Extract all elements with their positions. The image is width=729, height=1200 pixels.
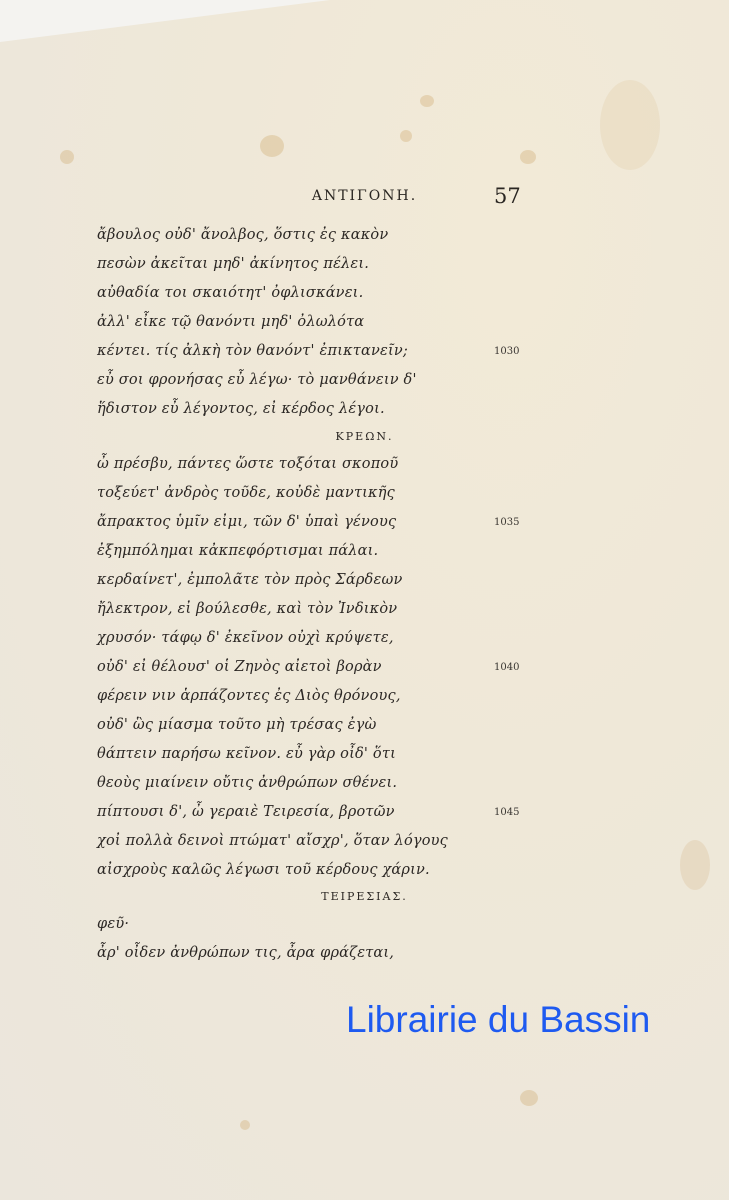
verse-line: θεοὺς μιαίνειν οὔτις ἀνθρώπων σθένει.	[97, 775, 397, 791]
verse-line: κέντει. τίς ἀλκὴ τὸν θανόντ' ἐπικτανεῖν;	[97, 343, 408, 359]
foxing-spot	[260, 135, 284, 157]
foxing-spot	[520, 150, 536, 164]
book-page: ΑΝΤΙΓΟΝΗ. 57 ἄβουλος οὐδ' ἄνολβος, ὅστις…	[0, 0, 729, 1200]
foxing-spot	[240, 1120, 250, 1130]
verse-line: ἀλλ' εἶκε τῷ θανόντι μηδ' ὀλωλότα	[97, 314, 364, 330]
verse-line: τοξεύετ' ἀνδρὸς τοῦδε, κοὐδὲ μαντικῆς	[97, 485, 395, 501]
verse-line: ἐξημπόλημαι κἀκπεφόρτισμαι πάλαι.	[97, 543, 378, 559]
verse-line: ἤλεκτρον, εἰ βούλεσθε, καὶ τὸν Ἰνδικὸν	[97, 601, 397, 617]
verse-line: ἄβουλος οὐδ' ἄνολβος, ὅστις ἐς κακὸν	[97, 227, 388, 243]
foxing-spot	[400, 130, 412, 142]
verse-line: εὖ σοι φρονήσας εὖ λέγω· τὸ μανθάνειν δ'	[97, 372, 417, 388]
verse-line: ἥδιστον εὖ λέγοντος, εἰ κέρδος λέγοι.	[97, 401, 385, 417]
verse-line: πεσὼν ἀκεῖται μηδ' ἀκίνητος πέλει.	[97, 256, 369, 272]
speaker-name: ΤΕΙΡΕΣΙΑΣ.	[0, 890, 729, 903]
line-number: 1030	[494, 346, 519, 357]
verse-line: αὐθαδία τοι σκαιότητ' ὀφλισκάνει.	[97, 285, 363, 301]
page-number: 57	[494, 184, 521, 208]
verse-line: ἆρ' οἶδεν ἀνθρώπων τις, ἆρα φράζεται,	[97, 945, 394, 961]
foxing-spot	[520, 1090, 538, 1106]
verse-line: οὐδ' ὣς μίασμα τοῦτο μὴ τρέσας ἐγὼ	[97, 717, 377, 733]
watermark: Librairie du Bassin	[346, 999, 650, 1041]
verse-line: ὦ πρέσβυ, πάντες ὥστε τοξόται σκοποῦ	[97, 456, 398, 472]
line-number: 1045	[494, 807, 519, 818]
foxing-spot	[60, 150, 74, 164]
verse-line: χρυσόν· τάφῳ δ' ἐκεῖνον οὐχὶ κρύψετε,	[97, 630, 394, 646]
verse-line: θάπτειν παρήσω κεῖνον. εὖ γὰρ οἶδ' ὅτι	[97, 746, 396, 762]
line-number: 1035	[494, 517, 519, 528]
verse-line: φέρειν νιν ἁρπάζοντες ἐς Διὸς θρόνους,	[97, 688, 401, 704]
speaker-name: ΚΡΕΩΝ.	[0, 430, 729, 443]
page-corner-fold	[0, 0, 330, 42]
line-number: 1040	[494, 662, 519, 673]
verse-line: πίπτουσι δ', ὦ γεραιὲ Τειρεσία, βροτῶν	[97, 804, 395, 820]
foxing-spot	[600, 80, 660, 170]
verse-line: αἰσχροὺς καλῶς λέγωσι τοῦ κέρδους χάριν.	[97, 862, 430, 878]
verse-line: κερδαίνετ', ἐμπολᾶτε τὸν πρὸς Σάρδεων	[97, 572, 403, 588]
verse-line: φεῦ·	[97, 916, 129, 932]
verse-line: οὐδ' εἰ θέλουσ' οἱ Ζηνὸς αἰετοὶ βορὰν	[97, 659, 382, 675]
verse-line: ἄπρακτος ὑμῖν εἰμι, τῶν δ' ὑπαὶ γένους	[97, 514, 396, 530]
foxing-spot	[420, 95, 434, 107]
foxing-spot	[680, 840, 710, 890]
verse-line: χοἰ πολλὰ δεινοὶ πτώματ' αἴσχρ', ὅταν λό…	[97, 833, 448, 849]
running-header-title: ΑΝΤΙΓΟΝΗ.	[0, 188, 729, 204]
